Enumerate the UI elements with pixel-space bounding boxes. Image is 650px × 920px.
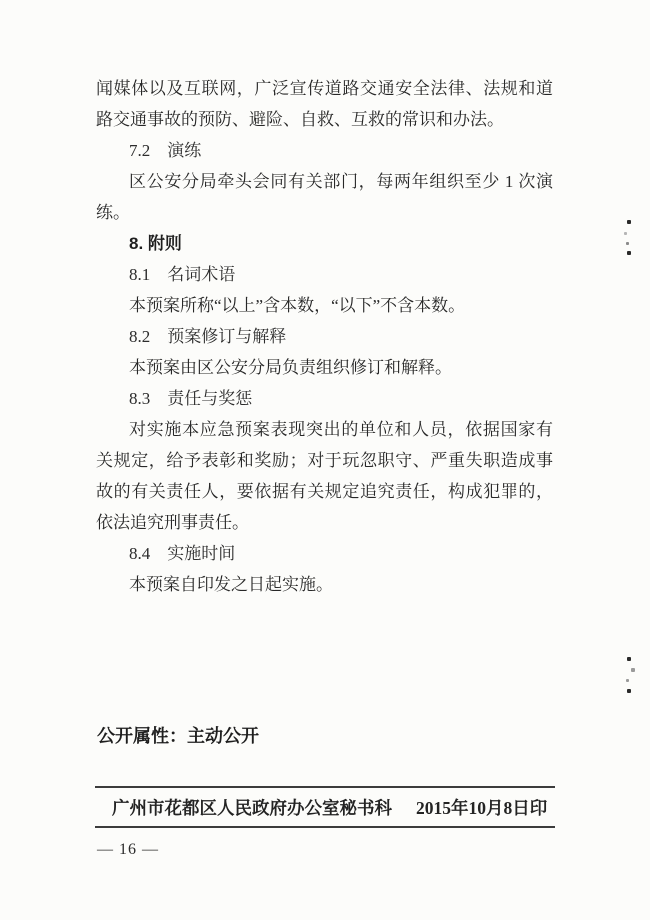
- heading-8-supplementary: 8. 附则: [96, 228, 553, 259]
- scan-artifact-dot: [626, 242, 629, 245]
- body-line: 依法追究刑事责任。: [96, 507, 553, 538]
- heading-8-3-responsibility: 8.3 责任与奖惩: [96, 383, 553, 414]
- body-line: 对实施本应急预案表现突出的单位和人员，依据国家有: [96, 414, 553, 445]
- scan-artifact-dot: [627, 220, 631, 224]
- scan-artifact-dot: [631, 668, 635, 672]
- body-line: 本预案由区公安分局负责组织修订和解释。: [96, 352, 553, 383]
- scanned-document-page: 闻媒体以及互联网，广泛宣传道路交通安全法律、法规和道 路交通事故的预防、避险、自…: [0, 0, 650, 920]
- scan-artifact-dot: [627, 657, 631, 661]
- heading-8-4-effective-time: 8.4 实施时间: [96, 538, 553, 569]
- colophon: 广州市花都区人民政府办公室秘书科 2015年10月8日印: [95, 786, 555, 828]
- body-line: 闻媒体以及互联网，广泛宣传道路交通安全法律、法规和道: [96, 73, 553, 104]
- body-line: 本预案所称“以上”含本数，“以下”不含本数。: [96, 290, 553, 321]
- scan-artifact-dot: [627, 689, 631, 693]
- scan-artifact-dot: [624, 232, 627, 235]
- body-line: 练。: [96, 197, 553, 228]
- body-line: 本预案自印发之日起实施。: [96, 569, 553, 600]
- colophon-print-date: 2015年10月8日印: [416, 795, 547, 820]
- heading-8-2-revision: 8.2 预案修订与解释: [96, 321, 553, 352]
- body-line: 路交通事故的预防、避险、自救、互救的常识和办法。: [96, 104, 553, 135]
- publish-attribute-line: 公开属性：主动公开: [97, 721, 259, 752]
- body-line: 关规定，给予表彰和奖励；对于玩忽职守、严重失职造成事: [96, 445, 553, 476]
- page-number: — 16 —: [97, 841, 159, 859]
- heading-8-1-terms: 8.1 名词术语: [96, 259, 553, 290]
- body-line: 区公安分局牵头会同有关部门，每两年组织至少 1 次演: [96, 166, 553, 197]
- colophon-issuer: 广州市花都区人民政府办公室秘书科: [112, 795, 392, 820]
- document-body: 闻媒体以及互联网，广泛宣传道路交通安全法律、法规和道 路交通事故的预防、避险、自…: [96, 73, 553, 600]
- scan-artifact-dot: [626, 679, 629, 682]
- body-line: 故的有关责任人，要依据有关规定追究责任，构成犯罪的，: [96, 476, 553, 507]
- heading-7-2-drill: 7.2 演练: [96, 135, 553, 166]
- scan-artifact-dot: [627, 251, 631, 255]
